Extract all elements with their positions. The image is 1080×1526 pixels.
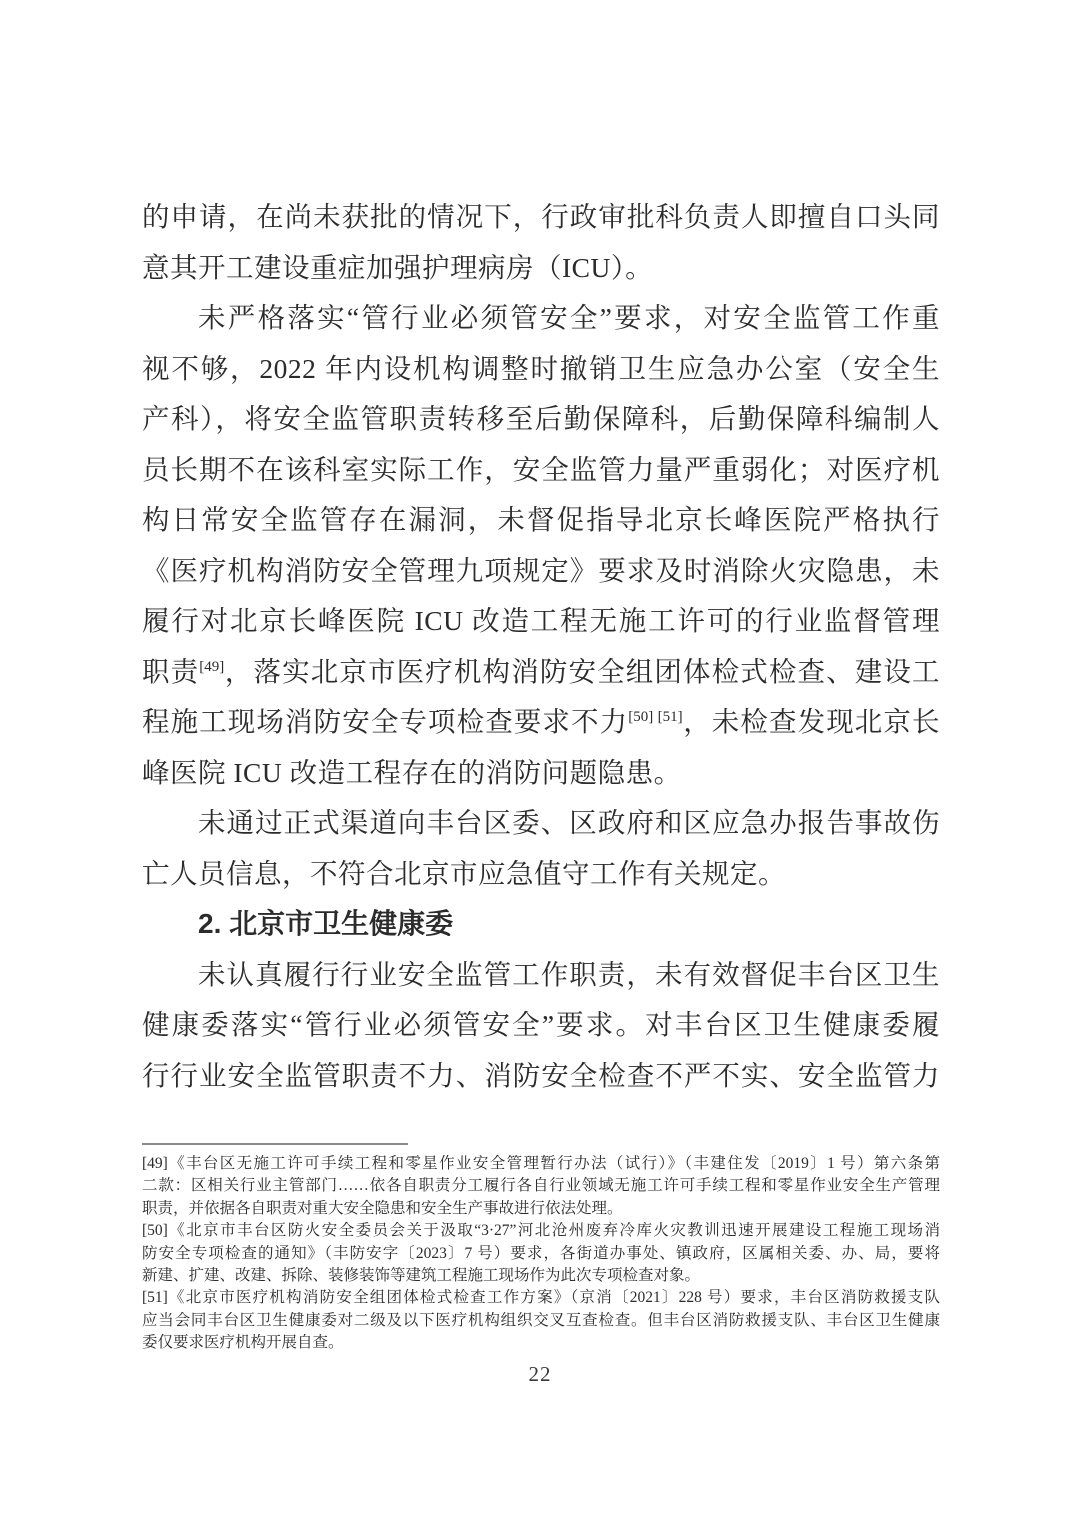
footnote-line: 二款：区相关行业主管部门……依各自职责分工履行各自行业领域无施工许可手续工程和零… <box>142 1175 940 1197</box>
text-line: 的申请，在尚未获批的情况下，行政审批科负责人即擅自口头同 <box>142 192 940 243</box>
text-line: 亡人员信息，不符合北京市应急值守工作有关规定。 <box>142 849 940 900</box>
paragraph: 未认真履行行业安全监管工作职责，未有效督促丰台区卫生健康委落实“管行业必须管安全… <box>142 950 940 1102</box>
paragraph: 未严格落实“管行业必须管安全”要求，对安全监管工作重视不够，2022 年内设机构… <box>142 293 940 798</box>
text-line: 健康委落实“管行业必须管安全”要求。对丰台区卫生健康委履 <box>142 1000 940 1051</box>
body-text: 的申请，在尚未获批的情况下，行政审批科负责人即擅自口头同意其开工建设重症加强护理… <box>142 192 940 1101</box>
footnote-line: 职责，并依据各自职责对重大安全隐患和安全生产事故进行依法处理。 <box>142 1198 940 1220</box>
text-line: 未通过正式渠道向丰台区委、区政府和区应急办报告事故伤 <box>142 798 940 849</box>
footnote-line: 应当会同丰台区卫生健康委对二级及以下医疗机构组织交叉互查检查。但丰台区消防救援支… <box>142 1310 940 1332</box>
document-page: 的申请，在尚未获批的情况下，行政审批科负责人即擅自口头同意其开工建设重症加强护理… <box>0 0 1080 1526</box>
paragraph: 未通过正式渠道向丰台区委、区政府和区应急办报告事故伤亡人员信息，不符合北京市应急… <box>142 798 940 899</box>
text-line: 行行业安全监管职责不力、消防安全检查不严不实、安全监管力 <box>142 1051 940 1102</box>
footnote-line: 新建、扩建、改建、拆除、装修装饰等建筑工程施工现场作为此次专项检查对象。 <box>142 1265 940 1287</box>
footnotes: [49]《丰台区无施工许可手续工程和零星作业安全管理暂行办法（试行）》（丰建住发… <box>142 1153 940 1355</box>
footnote: [49]《丰台区无施工许可手续工程和零星作业安全管理暂行办法（试行）》（丰建住发… <box>142 1153 940 1220</box>
footnote-ref: [49] <box>199 658 224 674</box>
text-line: 程施工现场消防安全专项检查要求不力[50] [51]，未检查发现北京长 <box>142 697 940 748</box>
text-line: 《医疗机构消防安全管理九项规定》要求及时消除火灾隐患，未 <box>142 546 940 597</box>
text-line: 构日常安全监管存在漏洞，未督促指导北京长峰医院严格执行 <box>142 495 940 546</box>
text-line: 履行对北京长峰医院 ICU 改造工程无施工许可的行业监督管理 <box>142 596 940 647</box>
footnote-line: 防安全专项检查的通知》（丰防安字〔2023〕7 号）要求，各街道办事处、镇政府，… <box>142 1243 940 1265</box>
footnote-line: [49]《丰台区无施工许可手续工程和零星作业安全管理暂行办法（试行）》（丰建住发… <box>142 1153 940 1175</box>
page-number: 22 <box>0 1362 1080 1387</box>
section-heading: 2. 北京市卫生健康委 <box>142 899 940 950</box>
footnote-ref: [50] [51] <box>628 709 682 725</box>
footnote: [51]《北京市医疗机构消防安全组团体检式检查工作方案》（京消〔2021〕228… <box>142 1287 940 1354</box>
footnote-line: [50]《北京市丰台区防火安全委员会关于汲取“3·27”河北沧州废弃冷库火灾教训… <box>142 1220 940 1242</box>
text-line: 峰医院 ICU 改造工程存在的消防问题隐患。 <box>142 748 940 799</box>
text-line: 意其开工建设重症加强护理病房（ICU）。 <box>142 243 940 294</box>
text-line: 职责[49]，落实北京市医疗机构消防安全组团体检式检查、建设工 <box>142 647 940 698</box>
footnote-line: [51]《北京市医疗机构消防安全组团体检式检查工作方案》（京消〔2021〕228… <box>142 1287 940 1309</box>
text-line: 视不够，2022 年内设机构调整时撤销卫生应急办公室（安全生 <box>142 344 940 395</box>
text-line: 员长期不在该科室实际工作，安全监管力量严重弱化；对医疗机 <box>142 445 940 496</box>
paragraph: 的申请，在尚未获批的情况下，行政审批科负责人即擅自口头同意其开工建设重症加强护理… <box>142 192 940 293</box>
footnote-separator <box>142 1143 408 1145</box>
text-line: 未认真履行行业安全监管工作职责，未有效督促丰台区卫生 <box>142 950 940 1001</box>
text-line: 未严格落实“管行业必须管安全”要求，对安全监管工作重 <box>142 293 940 344</box>
footnote-line: 委仅要求医疗机构开展自查。 <box>142 1332 940 1354</box>
footnote: [50]《北京市丰台区防火安全委员会关于汲取“3·27”河北沧州废弃冷库火灾教训… <box>142 1220 940 1287</box>
text-line: 产科），将安全监管职责转移至后勤保障科，后勤保障科编制人 <box>142 394 940 445</box>
